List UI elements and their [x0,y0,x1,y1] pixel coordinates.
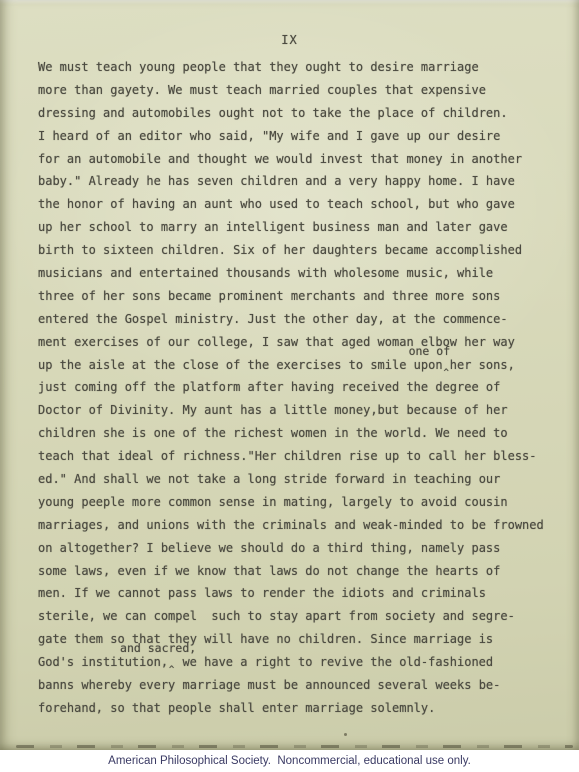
line-text: God's institution, [38,655,168,669]
insertion-anchor: and sacred,^ [168,665,175,666]
inserted-text: one of [409,345,451,357]
typewritten-line: entered the Gospel ministry. Just the ot… [38,308,565,331]
typewritten-line: more than gayety. We must teach married … [38,79,565,102]
watermark-strip: American Philosophical Society. Noncomme… [0,750,579,772]
page-number: IX [0,33,579,47]
line-text: her sons, [450,358,515,372]
typewritten-line: baby." Already he has seven children and… [38,170,565,193]
insertion-anchor: one of^ [443,368,450,369]
typewritten-line: forehand, so that people shall enter mar… [38,697,565,720]
line-text: up the aisle at the close of the exercis… [38,358,443,372]
typewritten-line: dressing and automobiles ought not to ta… [38,102,565,125]
typewritten-line: for an automobile and thought we would i… [38,148,565,171]
typewritten-line: the honor of having an aunt who used to … [38,193,565,216]
typewritten-line: just coming off the platform after havin… [38,376,565,399]
typewritten-line: up her school to marry an intelligent bu… [38,216,565,239]
inserted-text: and sacred, [120,642,196,654]
typewritten-line: men. If we cannot pass laws to render th… [38,582,565,605]
document-page: IX We must teach young people that they … [0,0,579,750]
paper-bottom-edge [16,745,573,748]
typewritten-line: birth to sixteen children. Six of her da… [38,239,565,262]
typewritten-text-block: We must teach young people that they oug… [38,56,565,720]
typewritten-line: teach that ideal of richness."Her childr… [38,445,565,468]
caret-mark: ^ [168,666,175,675]
typewritten-line: on altogether? I believe we should do a … [38,537,565,560]
typewritten-line: Doctor of Divinity. My aunt has a little… [38,399,565,422]
typewritten-line: marriages, and unions with the criminals… [38,514,565,537]
typewritten-line: musicians and entertained thousands with… [38,262,565,285]
typewritten-line: three of her sons became prominent merch… [38,285,565,308]
typewritten-line: gate them so that they will have no chil… [38,628,565,651]
watermark-text: American Philosophical Society. Noncomme… [108,755,471,767]
typewritten-line: some laws, even if we know that laws do … [38,560,565,583]
typewritten-line: young peeple more common sense in mating… [38,491,565,514]
typewritten-line: We must teach young people that they oug… [38,56,565,79]
typewritten-line: banns whereby every marriage must be ann… [38,674,565,697]
typewritten-line: ed." And shall we not take a long stride… [38,468,565,491]
line-text: we have a right to revive the old-fashio… [175,655,493,669]
typewritten-line: ment exercises of our college, I saw tha… [38,331,565,354]
typewritten-line: children she is one of the richest women… [38,422,565,445]
caret-mark: ^ [443,369,450,378]
typewritten-line: I heard of an editor who said, "My wife … [38,125,565,148]
ink-speck [344,733,347,736]
typewritten-line-with-insertion: up the aisle at the close of the exercis… [38,354,565,377]
typewritten-line: sterile, we can compel such to stay apar… [38,605,565,628]
typewritten-line-with-insertion: God's institution,and sacred,^ we have a… [38,651,565,674]
